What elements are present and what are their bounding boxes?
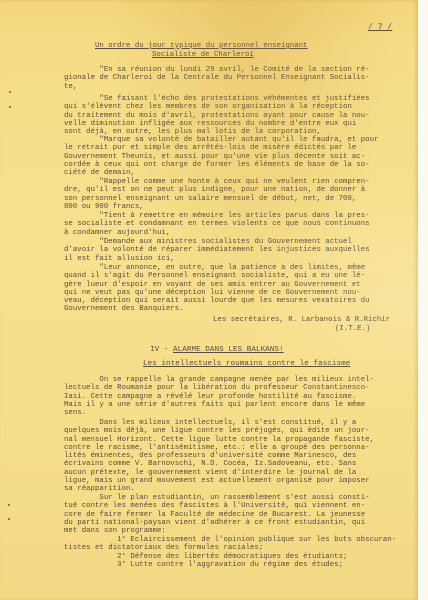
- section2-paragraph-3: Sur le plan estudiantin, un rassemblemen…: [64, 494, 370, 535]
- margin-mark: [9, 106, 11, 108]
- section2-heading: IV - ALARME DANS LES BALKANS!: [150, 346, 284, 354]
- section1-paragraph-6: "Demande aux ministres socialistes du Go…: [64, 238, 370, 263]
- section2-paragraph-1: On se rappelle la grande campagne menée …: [64, 376, 374, 417]
- section1-paragraph-4: "Rappelle comme une honte à ceux qui ne …: [64, 178, 370, 211]
- margin-mark: [9, 91, 11, 93]
- section2-paragraph-2: Dans les milieux intellectuels, il s'est…: [64, 419, 374, 494]
- section1-paragraph-1: "En sa réunion du lundi 29 avril, le Com…: [64, 66, 370, 91]
- page-number: / 7 /: [368, 24, 392, 32]
- section1-paragraph-3: "Marque sa volonté de batailler autant q…: [64, 136, 378, 177]
- section2-heading-prefix: IV -: [150, 346, 173, 354]
- signature: Les secrétaires, R. Larbanois & R.Richir: [213, 316, 390, 324]
- section2-heading-text: ALARME DANS LES BALKANS!: [173, 346, 284, 354]
- section2-subheading: Les intellectuels roumains contre le fas…: [143, 360, 350, 368]
- section2-list-item-1: 1° Eclaircissement de l'opinion publique…: [64, 536, 396, 553]
- section1-title-line1: Un ordre du jour typique du personnel en…: [95, 42, 308, 50]
- section2-list-item-3: 3° Lutte contre l'aggravation du régime …: [64, 561, 343, 569]
- document-page: / 7 / Un ordre du jour typique du person…: [0, 0, 418, 600]
- section1-title-line2: Socialiste de Charleroi: [152, 51, 254, 59]
- margin-mark: [8, 518, 10, 520]
- section1-paragraph-5: "Tient à remettre en mémoire les article…: [64, 212, 370, 237]
- margin-mark: [8, 504, 10, 506]
- section1-paragraph-2: "Se faisant l'écho des protestations véh…: [64, 95, 370, 136]
- signature-affiliation: (I.T.E.): [335, 325, 370, 333]
- section1-paragraph-7: "Leur annonce, en outre, que la patience…: [64, 264, 370, 314]
